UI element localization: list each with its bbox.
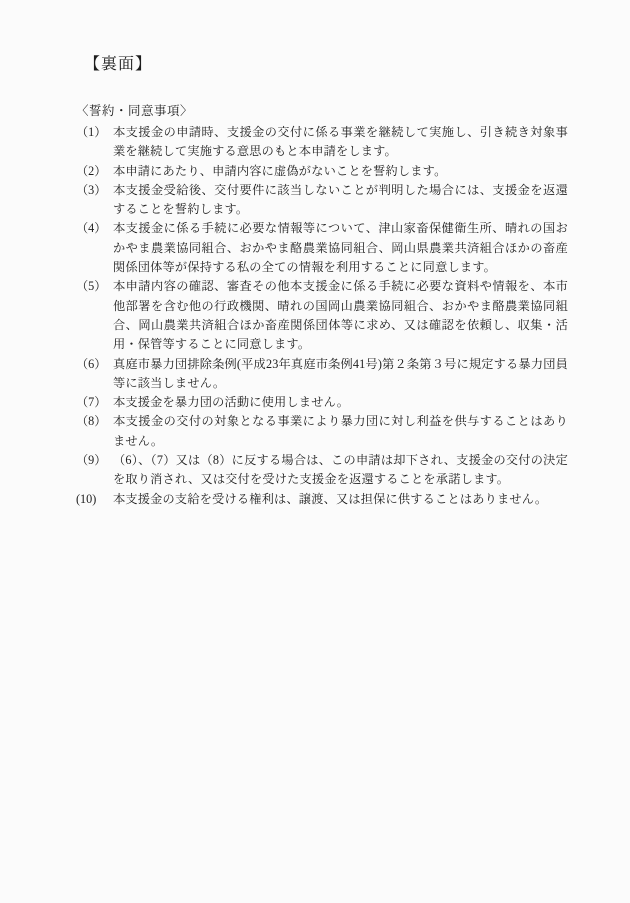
pledge-item: （6） 真庭市暴力団排除条例(平成23年真庭市条例41号)第２条第３号に規定する… <box>76 355 568 394</box>
pledge-item: （8） 本支援金の交付の対象となる事業により暴力団に対し利益を供与することはあり… <box>76 412 568 451</box>
pledge-item: （2） 本申請にあたり、申請内容に虚偽がないことを誓約します。 <box>76 162 568 181</box>
pledge-item-text: 真庭市暴力団排除条例(平成23年真庭市条例41号)第２条第３号に規定する暴力団員… <box>113 355 568 394</box>
document-page: 【裏面】 〈誓約・同意事項〉 （1） 本支援金の申請時、支援金の交付に係る事業を… <box>0 0 630 903</box>
pledge-item: （5） 本申請内容の確認、審査その他本支援金に係る手続に必要な資料や情報を、本市… <box>76 277 568 354</box>
page-title: 【裏面】 <box>84 51 152 74</box>
section-heading: 〈誓約・同意事項〉 <box>76 101 193 119</box>
pledge-item: （7） 本支援金を暴力団の活動に使用しません。 <box>76 393 568 412</box>
pledge-item-number: （1） <box>76 123 113 142</box>
pledge-item-text: （6）、（7）又は（8）に反する場合は、この申請は却下され、支援金の交付の決定を… <box>113 451 568 490</box>
pledge-item: (10) 本支援金の支給を受ける権利は、譲渡、又は担保に供することはありません。 <box>76 490 568 509</box>
pledge-item: （4） 本支援金に係る手続に必要な情報等について、津山家畜保健衛生所、晴れの国お… <box>76 219 568 277</box>
pledge-item-number: （9） <box>76 451 113 470</box>
pledge-item: （9） （6）、（7）又は（8）に反する場合は、この申請は却下され、支援金の交付… <box>76 451 568 490</box>
pledge-item-text: 本支援金の支給を受ける権利は、譲渡、又は担保に供することはありません。 <box>113 490 568 509</box>
pledge-item-number: (10) <box>76 490 113 509</box>
pledge-item-number: （2） <box>76 162 113 181</box>
pledge-item-number: （4） <box>76 219 113 238</box>
pledge-item-text: 本支援金受給後、交付要件に該当しないことが判明した場合には、支援金を返還すること… <box>113 181 568 220</box>
pledge-item-number: （5） <box>76 277 113 296</box>
pledge-item-text: 本支援金の申請時、支援金の交付に係る事業を継続して実施し、引き続き対象事業を継続… <box>113 123 568 162</box>
pledge-item-number: （7） <box>76 393 113 412</box>
pledge-item-number: （6） <box>76 355 113 374</box>
pledge-item-number: （8） <box>76 412 113 431</box>
pledge-item-number: （3） <box>76 181 113 200</box>
pledge-list: （1） 本支援金の申請時、支援金の交付に係る事業を継続して実施し、引き続き対象事… <box>76 123 568 509</box>
pledge-item-text: 本支援金を暴力団の活動に使用しません。 <box>113 393 568 412</box>
pledge-item-text: 本申請内容の確認、審査その他本支援金に係る手続に必要な資料や情報を、本市他部署を… <box>113 277 568 354</box>
pledge-item-text: 本支援金の交付の対象となる事業により暴力団に対し利益を供与することはありません。 <box>113 412 568 451</box>
pledge-item-text: 本支援金に係る手続に必要な情報等について、津山家畜保健衛生所、晴れの国おかやま農… <box>113 219 568 277</box>
pledge-item: （1） 本支援金の申請時、支援金の交付に係る事業を継続して実施し、引き続き対象事… <box>76 123 568 162</box>
pledge-item-text: 本申請にあたり、申請内容に虚偽がないことを誓約します。 <box>113 162 568 181</box>
pledge-item: （3） 本支援金受給後、交付要件に該当しないことが判明した場合には、支援金を返還… <box>76 181 568 220</box>
